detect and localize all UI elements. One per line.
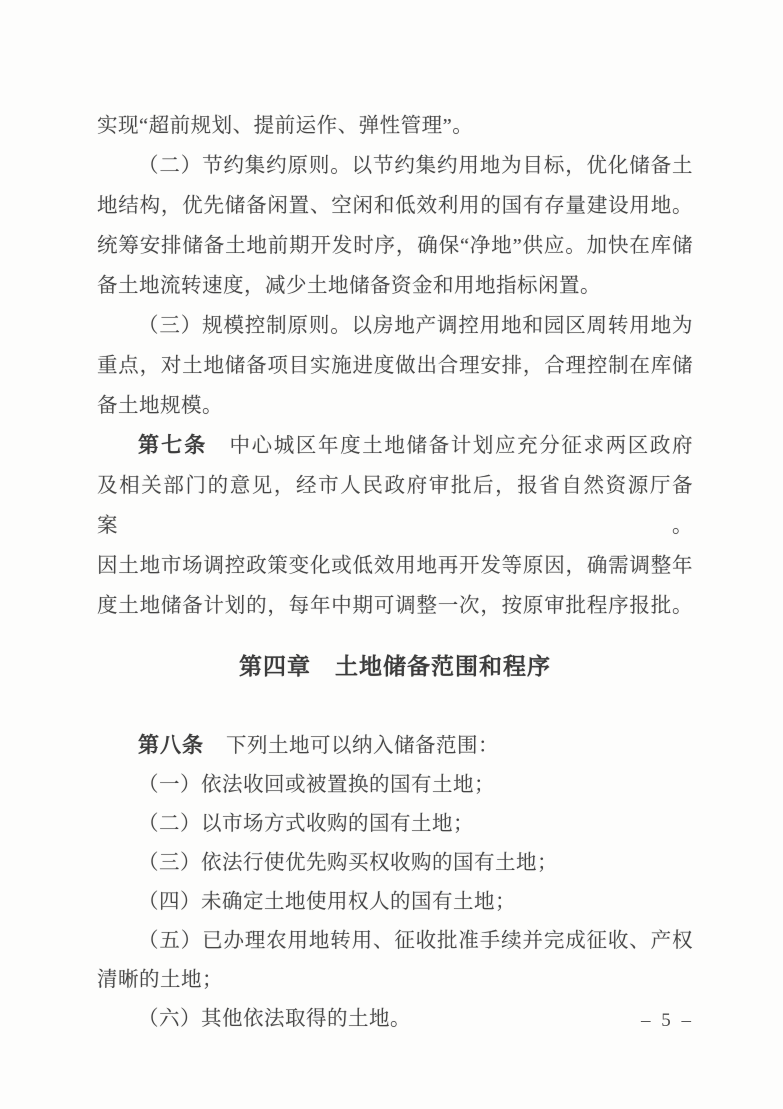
article-8-number: 第八条 — [138, 734, 204, 757]
chapter-heading: 第四章 土地储备范围和程序 — [97, 646, 693, 686]
article-8-line: 第八条下列土地可以纳入储备范围： — [97, 726, 693, 766]
article-8-block: 第八条下列土地可以纳入储备范围： （一）依法收回或被置换的国有土地； （二）以市… — [97, 726, 693, 1039]
body-line: 统筹安排储备土地前期开发时序，确保“净地”供应。加快在库储 — [97, 226, 693, 266]
article-8-text: 下列土地可以纳入储备范围： — [226, 735, 499, 757]
article-7-line: 第七条中心城区年度土地储备计划应充分征求两区政府 — [97, 426, 693, 466]
article-7-number: 第七条 — [138, 434, 207, 457]
body-line: （三）规模控制原则。以房地产调控用地和园区周转用地为 — [97, 306, 693, 346]
page-number: – 5 – — [641, 1010, 694, 1032]
body-line: 地结构，优先储备闲置、空闲和低效利用的国有存量建设用地。 — [97, 186, 693, 226]
body-line: 实现“超前规划、提前运作、弹性管理”。 — [97, 106, 693, 146]
list-item-4: （四）未确定土地使用权人的国有土地； — [97, 883, 693, 922]
list-item-5-continued: 清晰的土地； — [97, 961, 693, 1000]
list-item-3: （三）依法行使优先购买权收购的国有土地； — [97, 844, 693, 883]
body-line: 备土地流转速度，减少土地储备资金和用地指标闲置。 — [97, 266, 693, 306]
list-item-2: （二）以市场方式收购的国有土地； — [97, 805, 693, 844]
body-line: 及相关部门的意见，经市人民政府审批后，报省自然资源厅备案。 — [97, 466, 693, 546]
list-item-6: （六）其他依法取得的土地。 — [97, 1000, 693, 1039]
body-line: 重点，对土地储备项目实施进度做出合理安排，合理控制在库储 — [97, 346, 693, 386]
body-line: （二）节约集约原则。以节约集约用地为目标，优化储备土 — [97, 146, 693, 186]
page-body: 实现“超前规划、提前运作、弹性管理”。 （二）节约集约原则。以节约集约用地为目标… — [97, 106, 693, 1039]
body-line: 度土地储备计划的，每年中期可调整一次，按原审批程序报批。 — [97, 586, 693, 626]
document-page: 实现“超前规划、提前运作、弹性管理”。 （二）节约集约原则。以节约集约用地为目标… — [0, 0, 783, 1109]
body-line: 因土地市场调控政策变化或低效用地再开发等原因，确需调整年 — [97, 546, 693, 586]
list-item-5: （五）已办理农用地转用、征收批准手续并完成征收、产权 — [97, 922, 693, 961]
body-line: 备土地规模。 — [97, 386, 693, 426]
list-item-1: （一）依法收回或被置换的国有土地； — [97, 766, 693, 805]
article-7-text: 中心城区年度土地储备计划应充分征求两区政府 — [229, 435, 693, 457]
